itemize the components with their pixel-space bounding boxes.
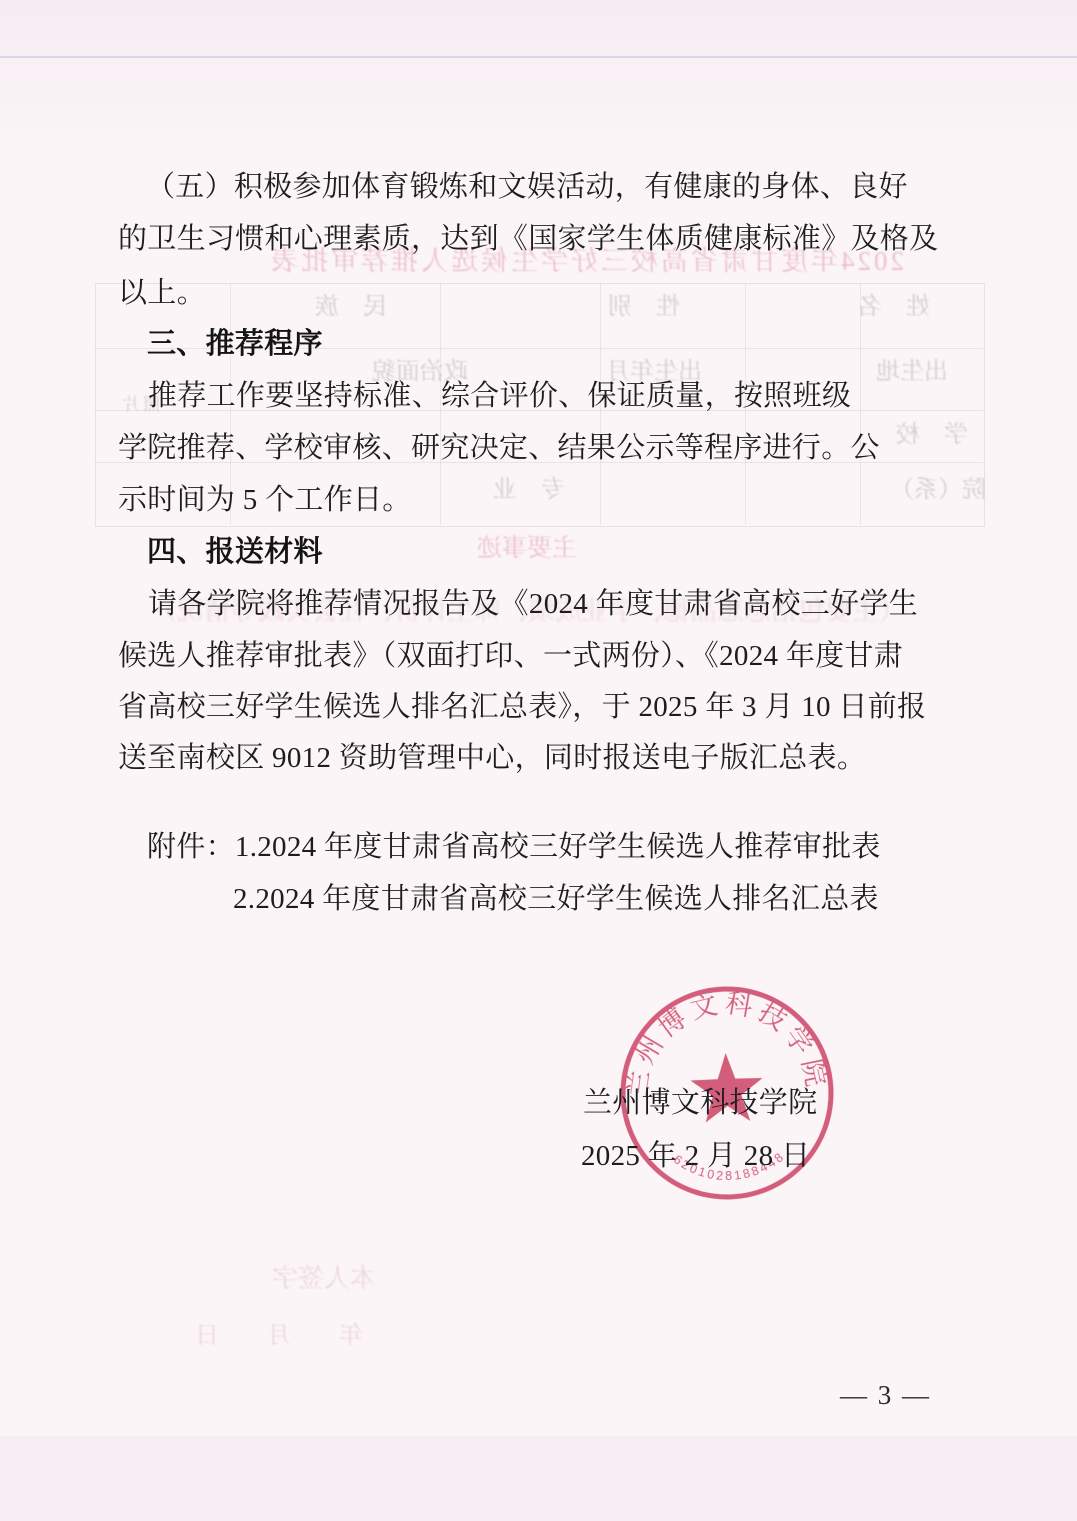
body-line: 省高校三好学生候选人排名汇总表》，于 2025 年 3 月 10 日前报	[118, 690, 926, 724]
attachment-line-1: 附件：1.2024 年度甘肃省高校三好学生候选人推荐审批表	[147, 830, 881, 864]
body-line: （五）积极参加体育锻炼和文娱活动，有健康的身体、良好	[146, 170, 908, 204]
document-page: 2024年度甘肃省高校三好学生候选人推荐审批表 姓 名 性 别 民 族 出生地 …	[0, 0, 1077, 1521]
bleed-label-department: 院（系）	[890, 478, 986, 502]
body-line: 学院推荐、学校审核、研究决定、结果公示等程序进行。公	[118, 431, 880, 465]
scan-tint-top	[0, 0, 1077, 152]
bleed-table-col-line	[860, 283, 861, 525]
bleed-label-major: 专 业	[493, 478, 565, 502]
page-number: — 3 —	[840, 1378, 931, 1412]
bleed-label-ethnicity: 民 族	[315, 295, 387, 319]
attachment-line-2: 2.2024 年度甘肃省高校三好学生候选人排名汇总表	[233, 882, 879, 916]
bleed-label-birthplace: 出生地	[876, 360, 948, 384]
scan-tint-bottom	[0, 1436, 1077, 1521]
signature-organization: 兰州博文科技学院	[583, 1086, 817, 1120]
bleed-label-name: 姓 名	[858, 295, 930, 319]
body-line: 送至南校区 9012 资助管理中心，同时报送电子版汇总表。	[118, 741, 866, 775]
bleed-signature-label: 本人签字	[272, 1266, 376, 1292]
bleed-label-school: 学 校	[896, 423, 968, 447]
scan-artifact-line	[0, 56, 1077, 58]
section-heading-4: 四、报送材料	[147, 535, 323, 569]
body-line: 推荐工作要坚持标准、综合评价、保证质量，按照班级	[148, 379, 851, 413]
body-line: 以上。	[118, 276, 206, 310]
body-line: 请各学院将推荐情况报告及《2024 年度甘肃省高校三好学生	[148, 587, 918, 621]
bleed-label-main-deeds: 主要事迹	[477, 536, 577, 561]
bleed-label-gender: 性 别	[608, 295, 680, 319]
body-line: 候选人推荐审批表》（双面打印、一式两份）、《2024 年度甘肃	[118, 639, 903, 673]
signature-date: 2025 年 2 月 28 日	[581, 1139, 810, 1173]
body-line: 的卫生习惯和心理素质，达到《国家学生体质健康标准》及格及	[118, 222, 938, 256]
bleed-date-blank: 年 月 日	[195, 1324, 363, 1348]
body-line: 示时间为 5 个工作日。	[118, 483, 412, 517]
section-heading-3: 三、推荐程序	[147, 327, 323, 361]
